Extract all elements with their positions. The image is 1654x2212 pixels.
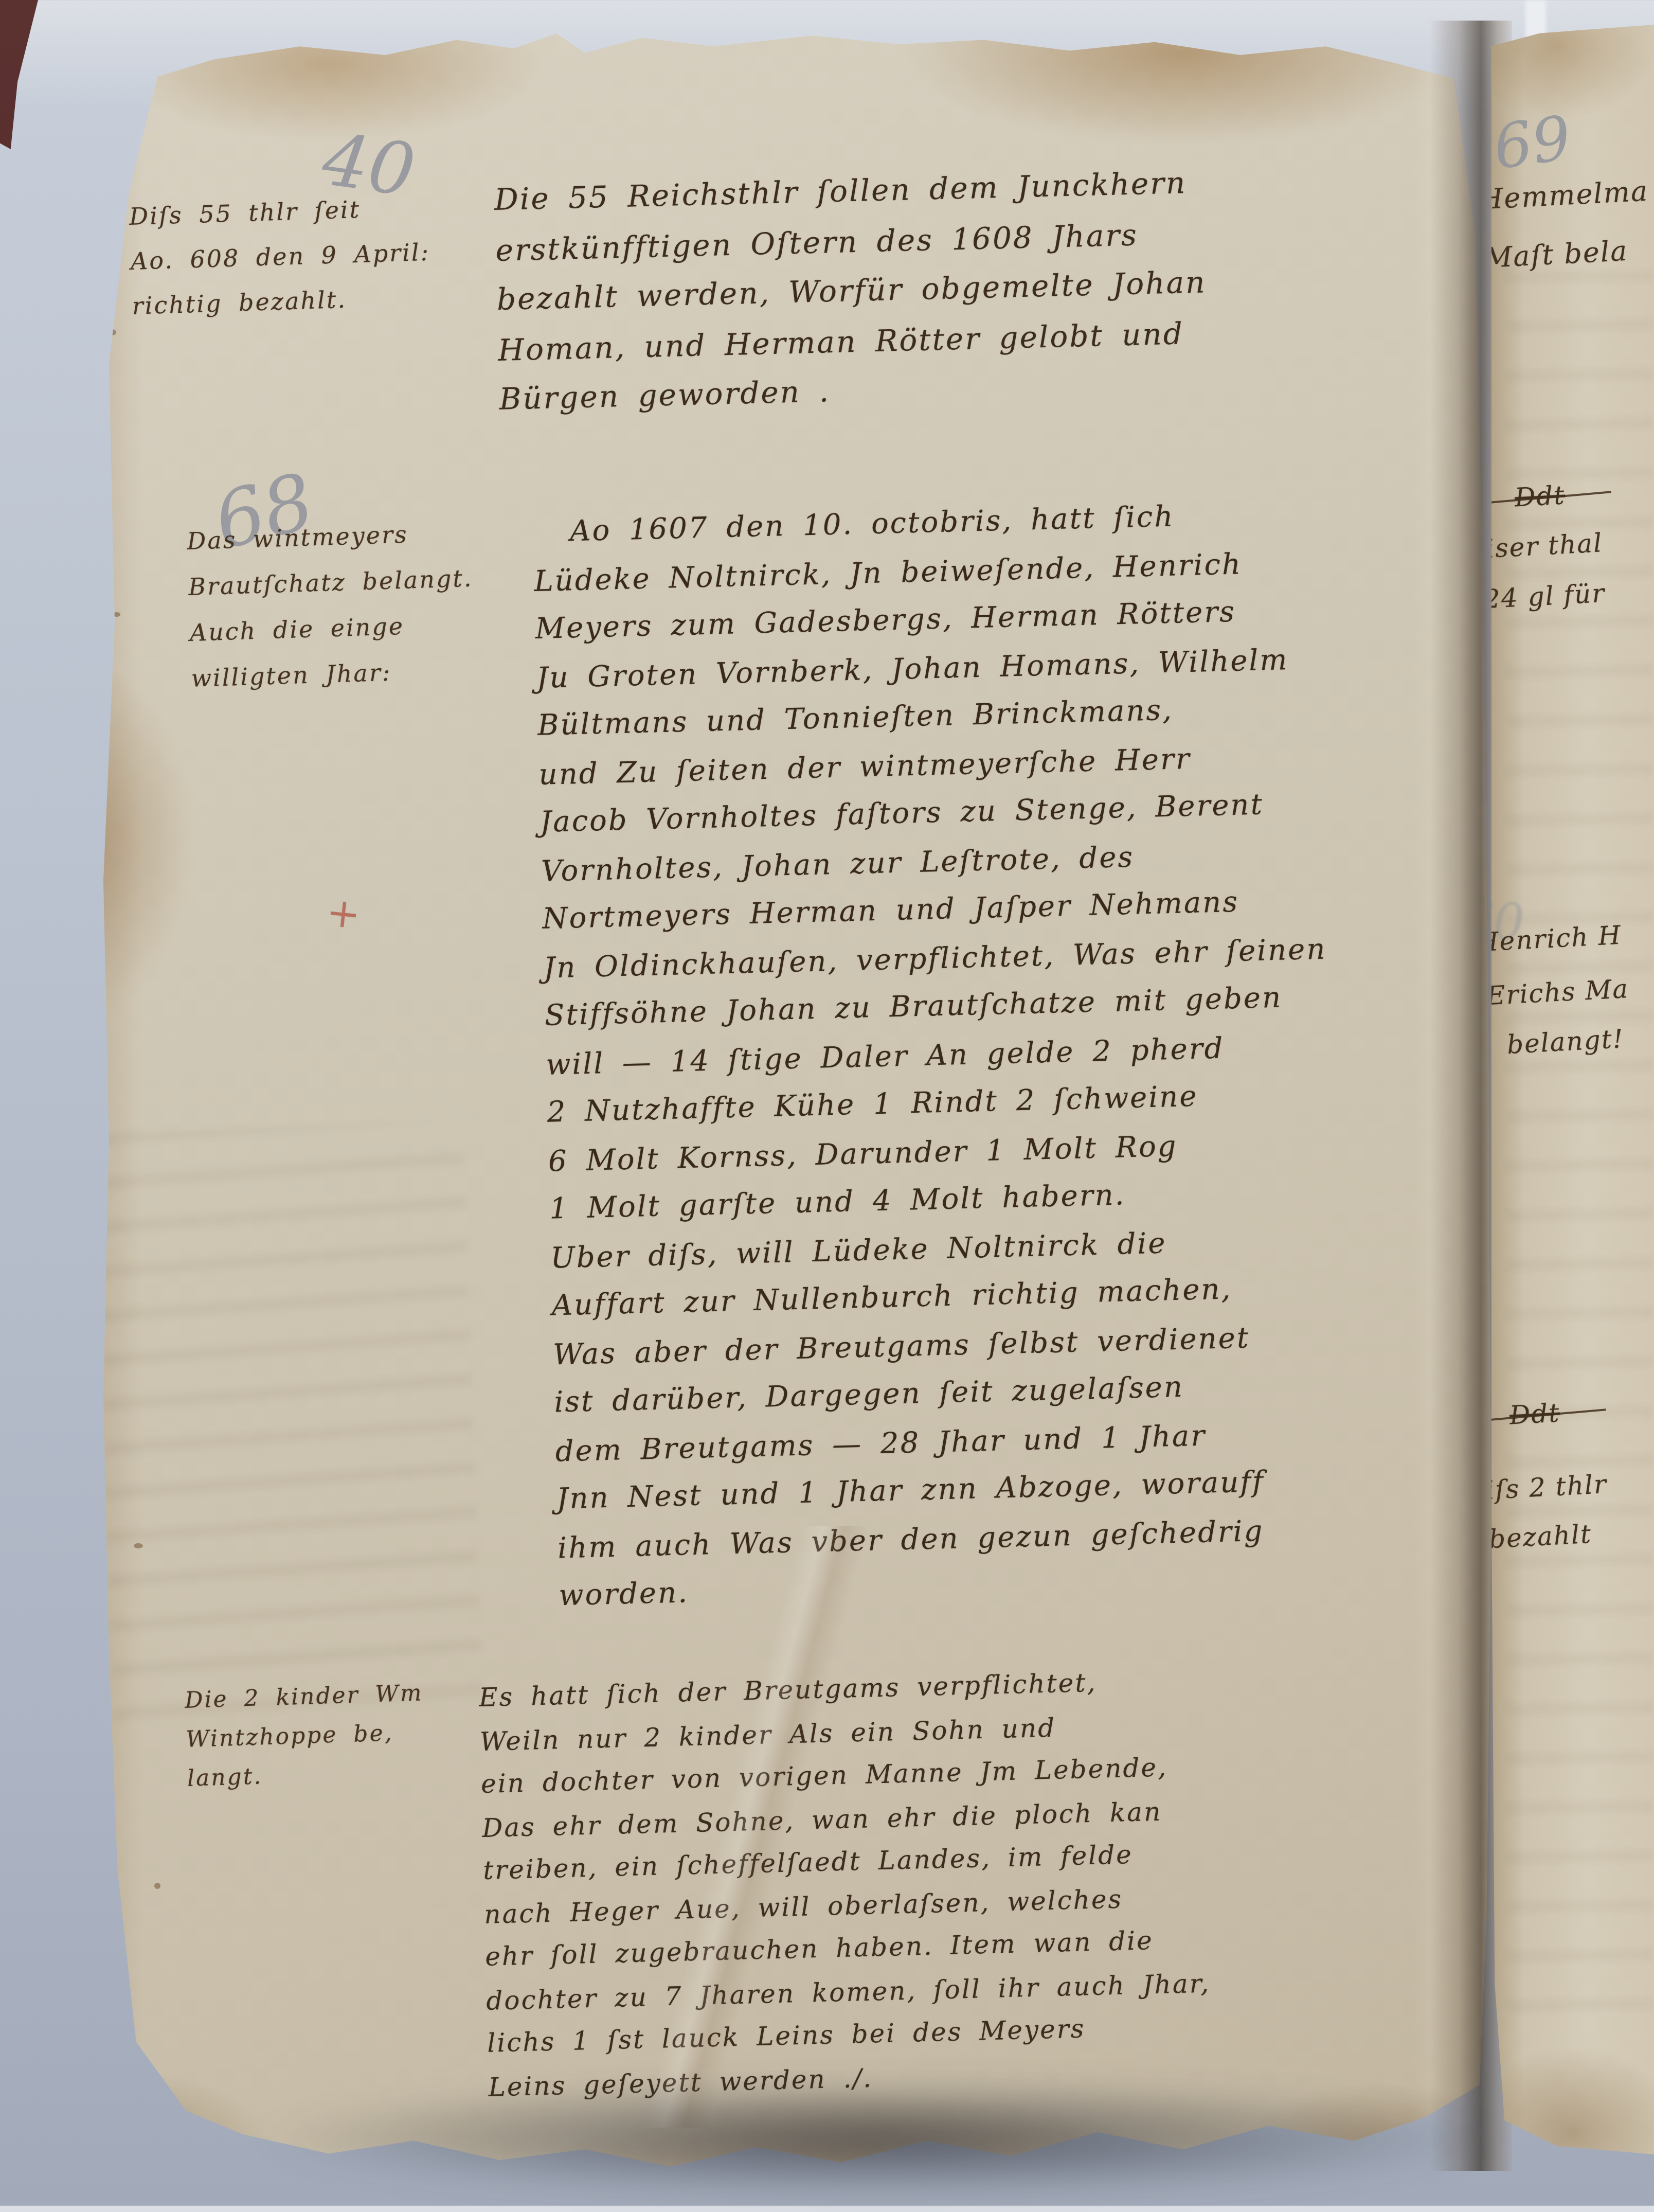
- margin-note-two-children: Die 2 kinder WmWintzhoppe be,langt.: [184, 1673, 426, 1798]
- margin-note-fragment: belangt!: [1506, 1024, 1625, 1060]
- ink-speck: [154, 1883, 160, 1889]
- text-line: Es hatt ſich der Breutgams verpflichtet,: [478, 1658, 1203, 1719]
- text-line: Das ehr dem Sohne, wan ehr die ploch kan: [481, 1789, 1207, 1850]
- margin-note-line: Die 2 kinder Wm: [184, 1673, 424, 1720]
- margin-note-line: Ao. 608 den 9 April:: [130, 230, 431, 284]
- margin-note-line: Brautſchatz belangt.: [188, 556, 474, 610]
- ink-bleedthrough: [93, 1120, 483, 1724]
- ink-speck: [108, 329, 116, 335]
- margin-note-fragment: bezahlt: [1488, 1519, 1593, 1554]
- margin-note-line: langt.: [187, 1752, 426, 1798]
- dark-red-corner-object: [0, 0, 38, 149]
- margin-note-line: Das wintmeyers: [186, 510, 472, 564]
- left-page: 40 68 Diſs 55 thlr ſeitAo. 608 den 9 Apr…: [72, 21, 1497, 2171]
- red-cross-mark: +: [325, 889, 364, 939]
- paragraph-payment-promise: Die 55 Reichsthlr ſollen dem Junckherner…: [494, 157, 1209, 424]
- right-page: 69 Hemmelma Maſt bela Ddt diser thal 24 …: [1491, 25, 1654, 2154]
- margin-note-line: richtig bezahlt.: [131, 275, 432, 329]
- page-shadow: [123, 2078, 1635, 2206]
- paragraph-marriage-contract: Ao 1607 den 10. octobris, hatt ſichLüdek…: [532, 489, 1342, 1620]
- margin-note-line: Wintzhoppe be,: [185, 1712, 425, 1759]
- ink-speck: [100, 468, 106, 473]
- paragraph-children-provision: Es hatt ſich der Breutgams verpflichtet,…: [478, 1658, 1213, 2108]
- margin-note-brautschatz: Das wintmeyersBrautſchatz belangt.Auch d…: [186, 510, 476, 702]
- margin-note-line: willigten Jhar:: [190, 647, 476, 701]
- ink-speck: [113, 612, 120, 617]
- text-line: ein dochter von vorigen Manne Jm Lebende…: [480, 1745, 1206, 1806]
- margin-note-payment-receipt: Diſs 55 thlr ſeitAo. 608 den 9 April:ric…: [129, 185, 432, 329]
- margin-note-heading-fragment: Maſt bela: [1483, 235, 1629, 275]
- pencil-folio-number: 69: [1489, 102, 1575, 183]
- margin-note-line: Auch die einge: [189, 601, 475, 656]
- manuscript-photo: 40 68 Diſs 55 thlr ſeitAo. 608 den 9 Apr…: [0, 0, 1654, 2206]
- ink-speck: [134, 1543, 143, 1548]
- struck-ddt-mark: Ddt: [1514, 480, 1566, 512]
- struck-ddt-mark: Ddt: [1509, 1398, 1561, 1430]
- text-line: Weiln nur 2 kinder Als ein Sohn und: [479, 1703, 1204, 1763]
- margin-note-fragment: 24 gl für: [1483, 578, 1606, 614]
- text-line: worden.: [559, 1553, 1343, 1620]
